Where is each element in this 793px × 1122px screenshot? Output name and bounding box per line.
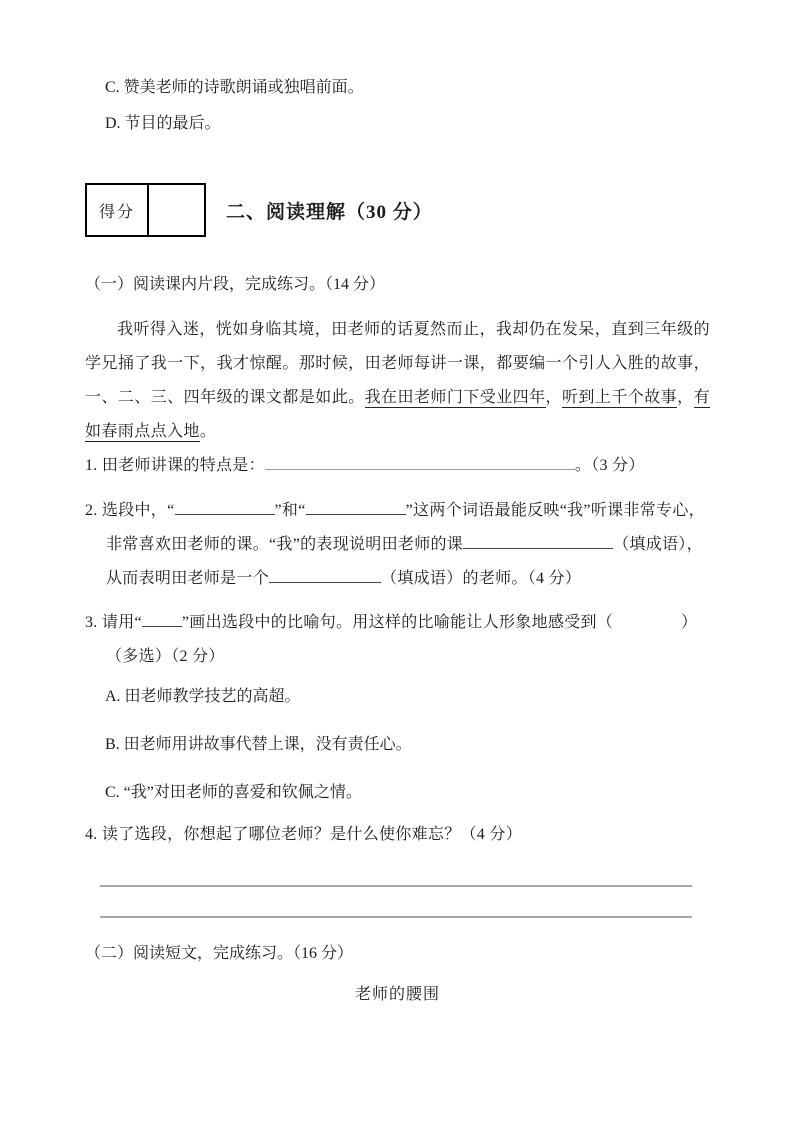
question-3-line-mark-blank [142, 612, 182, 627]
passage-underlined-1: 我在田老师门下受业四年 [365, 389, 546, 408]
question-4: 4. 读了选段，你想起了哪位老师？是什么使你难忘？（4 分） [85, 820, 710, 850]
question-2-text-1: 2. 选段中，“ [85, 502, 175, 519]
score-box-value-cell [149, 185, 204, 235]
question-2-blank-4 [269, 568, 381, 583]
question-2-blank-3 [463, 534, 613, 549]
prev-question-option-d: D. 节目的最后。 [105, 109, 710, 139]
passage-period: 。 [200, 423, 216, 440]
exam-page: C. 赞美老师的诗歌朗诵或独唱前面。 D. 节目的最后。 得分 二、阅读理解（3… [0, 0, 793, 1122]
question-2-blank-1 [175, 500, 275, 515]
question-2-blank-2 [306, 500, 406, 515]
question-3-text-2: ”画出选段中的比喻句。用这样的比喻能让人形象地感受到（ [182, 614, 613, 631]
question-1-blank-2 [457, 455, 575, 470]
reading-passage: 我听得入迷，恍如身临其境，田老师的话夏然而止，我却仍在发呆，直到三年级的学兄捅了… [85, 313, 710, 449]
passage-underlined-2: 听到上千个故事 [562, 389, 677, 408]
section-title: 二、阅读理解（30 分） [226, 197, 433, 224]
question-3: 3. 请用“”画出选段中的比喻句。用这样的比喻能让人形象地感受到（）（多选）（2… [85, 606, 710, 674]
answer-line-2 [100, 916, 692, 918]
question-3-text-1: 3. 请用“ [85, 614, 142, 631]
part1-heading: （一）阅读课内片段，完成练习。（14 分） [85, 270, 710, 300]
question-2-text-5: （填成语）的老师。（4 分） [381, 570, 581, 587]
answer-line-1 [100, 885, 692, 887]
question-3-option-a: A. 田老师教学技艺的高超。 [105, 682, 710, 712]
question-1-blank-1 [265, 455, 457, 470]
question-2: 2. 选段中，“”和“”这两个词语最能反映“我”听课非常专心，非常喜欢田老师的课… [85, 494, 710, 596]
question-1-text: 1. 田老师讲课的特点是： [85, 457, 265, 474]
part2-heading: （二）阅读短文，完成练习。（16 分） [85, 939, 710, 969]
passage-comma-1: ， [546, 389, 562, 406]
question-2-text-2: ”和“ [275, 502, 306, 519]
score-box: 得分 [85, 183, 206, 237]
question-1-tail: 。（3 分） [575, 457, 645, 474]
question-3-option-b: B. 田老师用讲故事代替上课，没有责任心。 [105, 730, 710, 760]
question-3-option-c: C. “我”对田老师的喜爱和钦佩之情。 [105, 778, 710, 808]
passage-comma-2: ， [677, 389, 693, 406]
prev-question-option-c: C. 赞美老师的诗歌朗诵或独唱前面。 [105, 73, 710, 103]
score-box-label: 得分 [87, 185, 149, 235]
question-1: 1. 田老师讲课的特点是：。（3 分） [85, 451, 710, 481]
section-header-row: 得分 二、阅读理解（30 分） [85, 183, 710, 237]
part2-passage-title: 老师的腰围 [85, 980, 710, 1010]
